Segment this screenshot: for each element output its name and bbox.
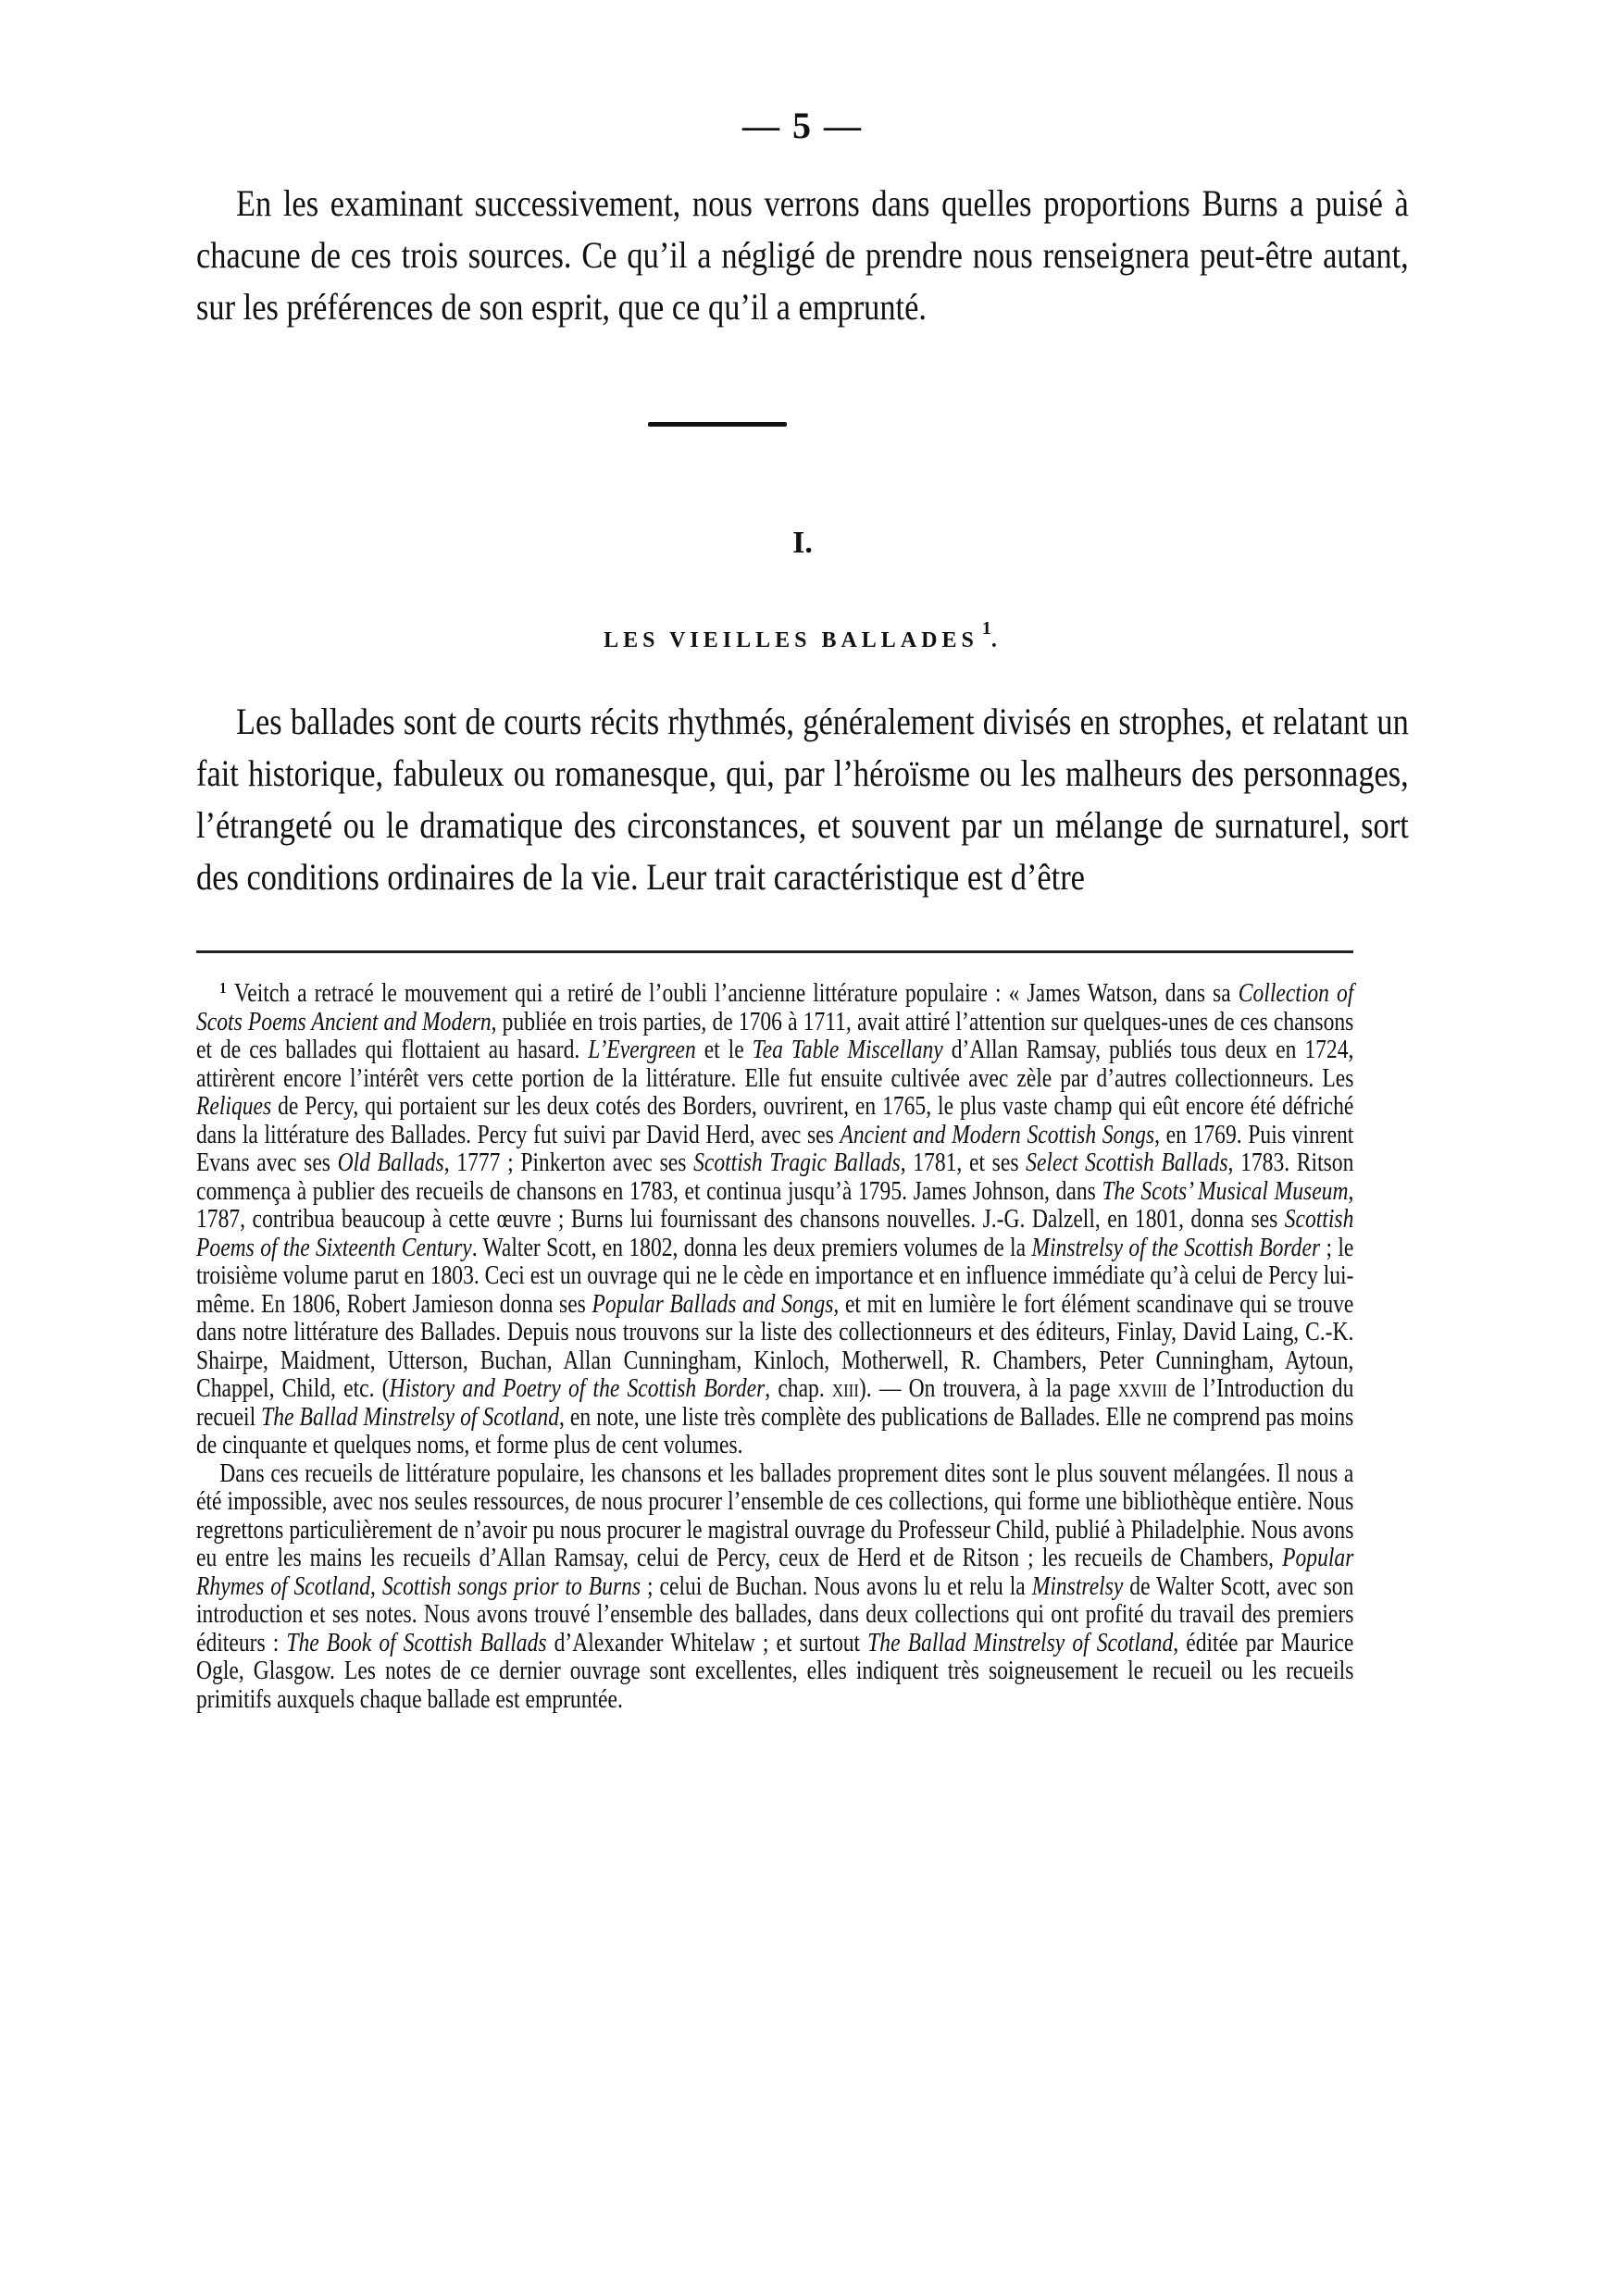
italic-title: Old Ballads	[338, 1148, 444, 1177]
italic-title: Ancient and Modern Scottish Songs	[840, 1121, 1154, 1149]
italic-title: L’Evergreen	[588, 1036, 696, 1064]
footnote-mark: 1	[219, 979, 226, 997]
italic-title: History and Poetry of the Scottish Borde…	[390, 1374, 766, 1403]
italic-title: The Ballad Minstrelsy of Scotland	[261, 1403, 559, 1432]
footnote-paragraph-1: 1Veitch a retracé le mouvement qui a ret…	[196, 974, 1353, 1460]
section-title-suffix: .	[991, 628, 1002, 652]
footnote-block: 1Veitch a retracé le mouvement qui a ret…	[196, 974, 1353, 1714]
section-title: LES VIEILLES BALLADES1.	[196, 618, 1409, 653]
italic-title: Tea Table Miscellany	[753, 1036, 943, 1064]
italic-title: Minstrelsy	[1032, 1572, 1124, 1601]
footnote-separator-rule	[196, 950, 1353, 953]
ballads-paragraph-text: Les ballades sont de courts récits rhyth…	[196, 701, 1409, 898]
intro-paragraph: En les examinant successivement, nous ve…	[196, 178, 1409, 333]
ballads-paragraph: Les ballades sont de courts récits rhyth…	[196, 696, 1409, 903]
italic-title: Popular Rhymes of Scotland, Scottish son…	[196, 1544, 1353, 1601]
italic-title: Popular Ballads and Songs	[592, 1290, 833, 1319]
footnote-reference[interactable]: 1	[982, 618, 991, 639]
italic-title: Minstrelsy of the Scottish Border	[1031, 1234, 1320, 1262]
section-title-text: LES VIEILLES BALLADES	[604, 628, 978, 652]
italic-title: Collection of Scots Poems Ancient and Mo…	[196, 979, 1353, 1036]
footnote-paragraph-2-content: Dans ces recueils de littérature populai…	[196, 1459, 1353, 1714]
italic-title: The Book of Scottish Ballads	[286, 1629, 546, 1657]
footnote-paragraph-1-content: Veitch a retracé le mouvement qui a reti…	[196, 979, 1353, 1459]
italic-title: Reliques	[196, 1092, 271, 1121]
italic-title: The Ballad Minstrelsy of Scotland	[867, 1629, 1173, 1657]
italic-title: Select Scottish Ballads	[1026, 1148, 1227, 1177]
footnote-paragraph-2: Dans ces recueils de littérature populai…	[196, 1460, 1353, 1715]
italic-title: Scottish Tragic Ballads	[693, 1148, 901, 1177]
section-numeral: I.	[196, 526, 1409, 561]
roman-numeral: xiii	[832, 1374, 859, 1403]
page-number: — 5 —	[196, 104, 1409, 147]
roman-numeral: xxviii	[1118, 1374, 1167, 1403]
section-separator-rule	[648, 422, 787, 427]
italic-title: The Scots’ Musical Museum	[1102, 1177, 1348, 1206]
intro-paragraph-text: En les examinant successivement, nous ve…	[196, 182, 1409, 328]
